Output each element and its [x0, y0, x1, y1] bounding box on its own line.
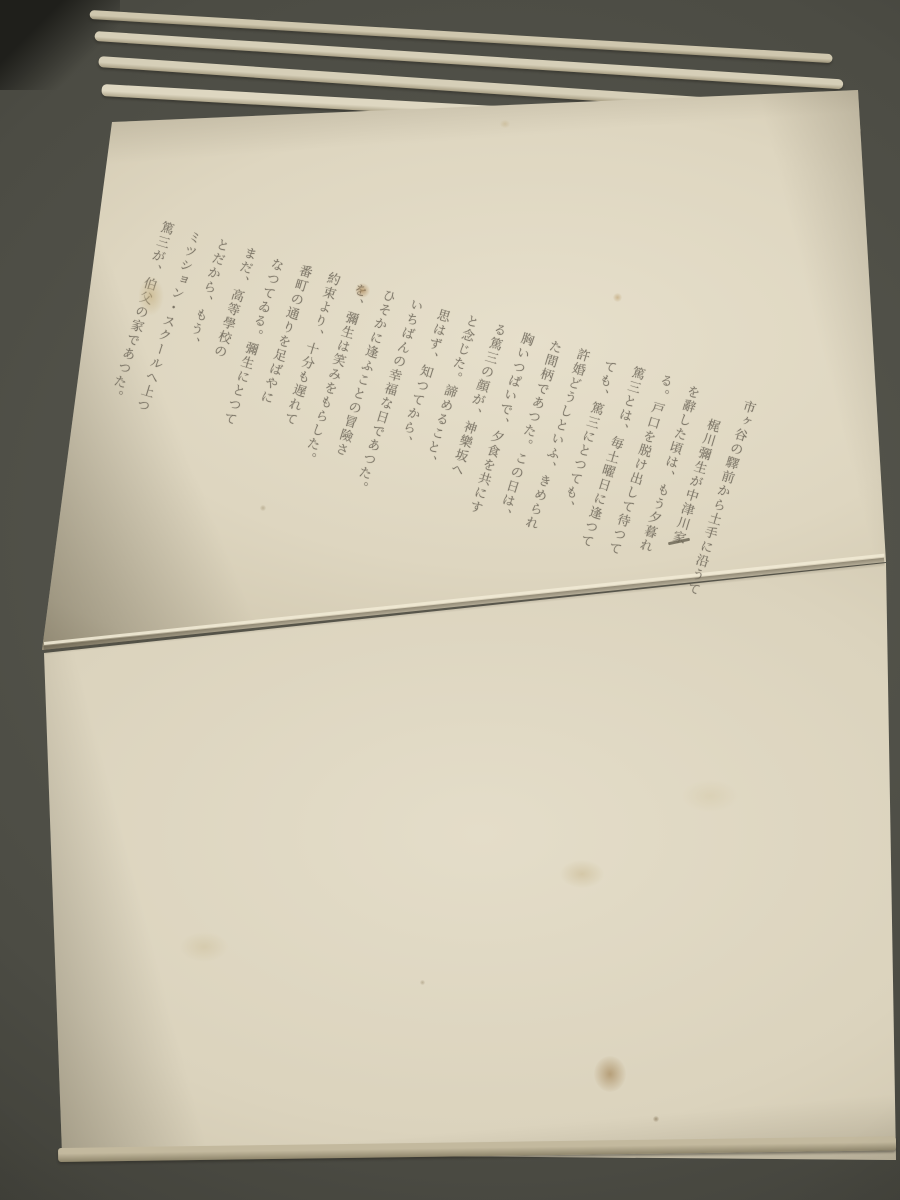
speck [260, 505, 266, 511]
foxing-stain [180, 932, 228, 962]
foxing-stain [613, 293, 622, 302]
speck [420, 980, 425, 985]
page-shading [28, 552, 900, 1177]
book-page-lower [28, 552, 900, 1177]
foxing-stain [138, 276, 164, 316]
foxing-stain [594, 1056, 626, 1092]
foxing-stain [500, 120, 510, 128]
foxing-stain [355, 283, 370, 298]
photo-backdrop: 市ヶ谷の驛前から土手に沿うて 梶川彌生が中津川家を辭した頃は、もう夕暮れる。戸口… [0, 0, 900, 1200]
speck [653, 1116, 659, 1122]
foxing-stain [560, 860, 604, 888]
foxing-stain [682, 780, 738, 812]
